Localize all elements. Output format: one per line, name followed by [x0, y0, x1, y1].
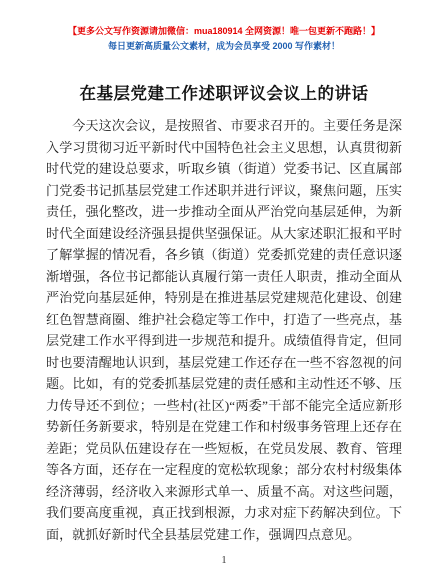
document-body: 今天这次会议，是按照省、市要求召开的。主要任务是深入学习贯彻习近平新时代中国特色…: [46, 115, 402, 545]
body-paragraph: 今天这次会议，是按照省、市要求召开的。主要任务是深入学习贯彻习近平新时代中国特色…: [46, 115, 402, 545]
document-title: 在基层党建工作述职评议会议上的讲话: [0, 80, 448, 104]
document-page: 【更多公文写作资源请加微信：mua180914 全网资源！唯一包更新不跑路！】 …: [0, 0, 448, 580]
promo-header: 【更多公文写作资源请加微信：mua180914 全网资源！唯一包更新不跑路！】 …: [0, 0, 448, 53]
promo-line-red: 【更多公文写作资源请加微信：mua180914 全网资源！唯一包更新不跑路！】: [0, 25, 448, 38]
page-number: 1: [0, 555, 448, 566]
promo-line-blue: 每日更新高质量公文素材，成为会员享受 2000 写作素材！: [0, 40, 448, 53]
